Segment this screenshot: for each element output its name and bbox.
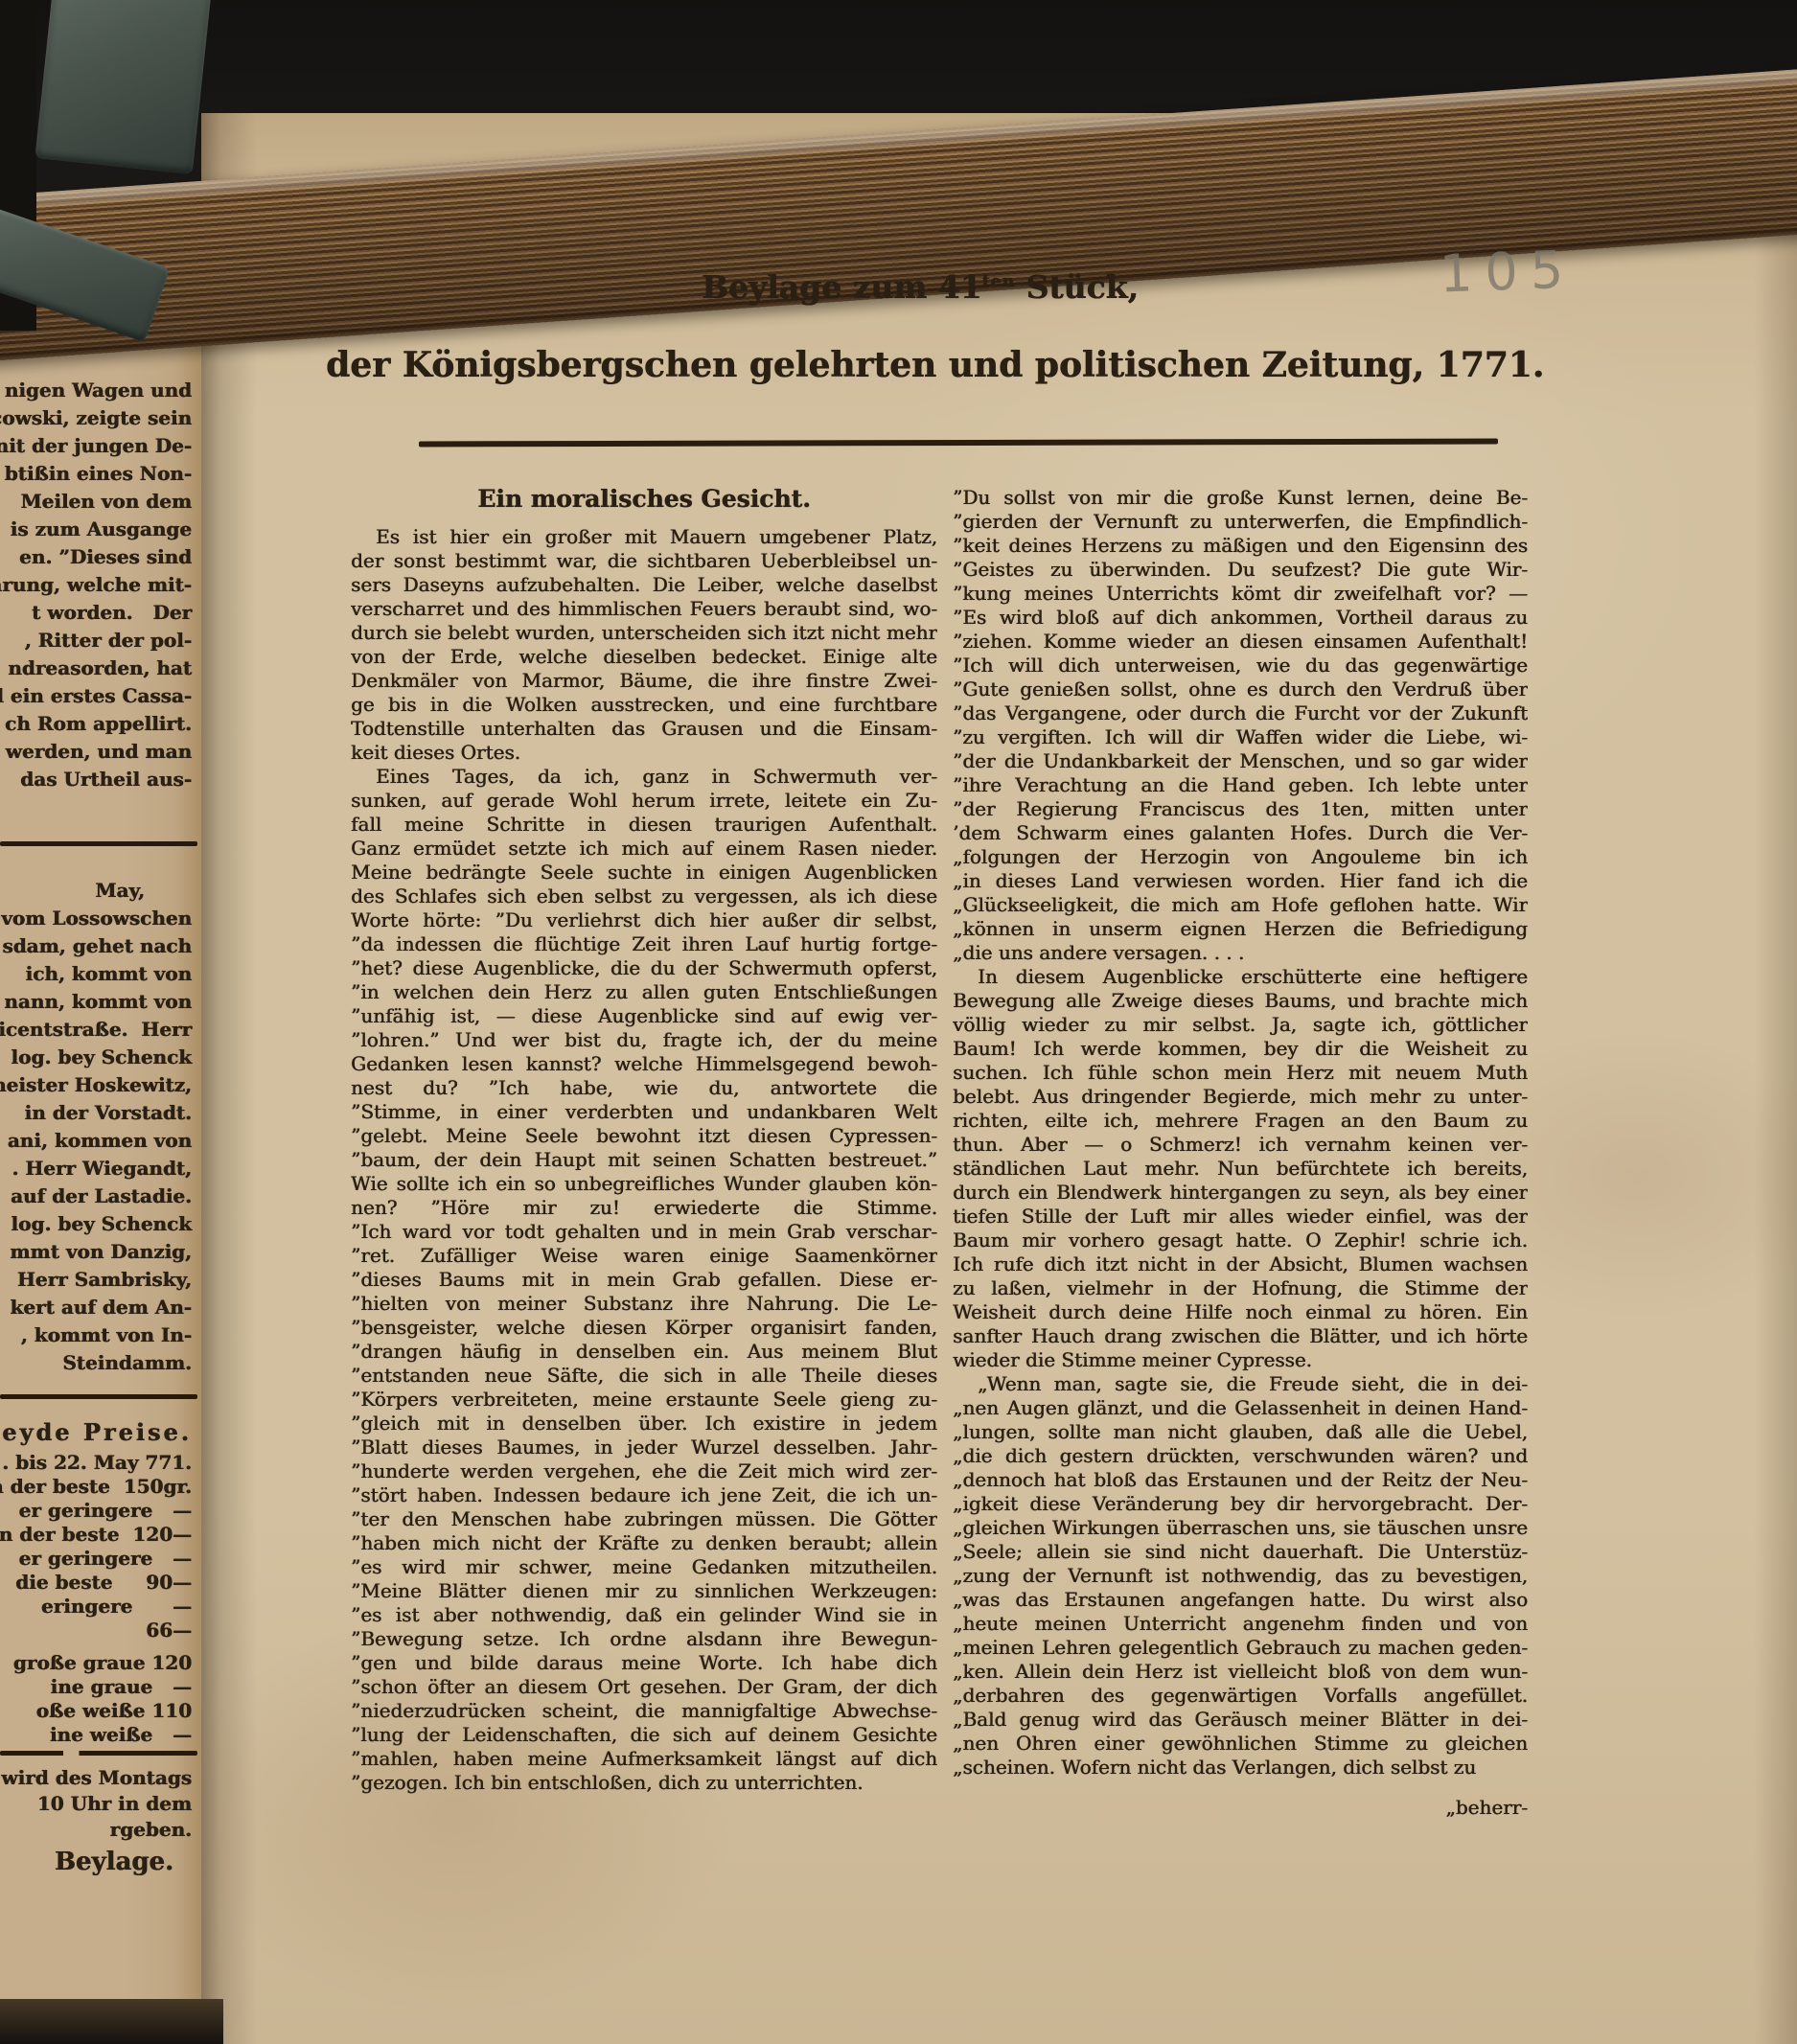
left-page-line: mmt von Danzig, [0,1238,197,1266]
text-line: ”kung meines Unterrichts kömt dir zweife… [953,582,1528,606]
left-page-line-text: nigen Wagen und [5,377,192,404]
text-line: „nen Augen glänzt, und die Gelassenheit … [953,1396,1528,1420]
left-page-line: log. bey Schenck [0,1210,197,1238]
left-page-line-text: nann, kommt von [4,988,192,1016]
text-line: ”Körpers verbreiteten, meine erstaunte S… [351,1388,937,1412]
left-page-line: icentstraße. Herr [0,1016,197,1044]
article-column-right: ”Du sollst von mir die große Kunst lerne… [953,486,1528,1780]
text-line: sers Daseyns aufzubehalten. Die Leiber, … [351,573,937,597]
text-line: Baum! Ich werde kommen, bey dir die Weis… [953,1037,1528,1061]
left-page-line-text: rgeben. [110,1817,192,1843]
text-line: Eines Tages, da ich, ganz in Schwermuth … [351,765,937,789]
left-page-line: vom Lossowschen [0,905,197,932]
left-page-line: ani, kommen von [0,1127,197,1155]
left-page-line-text: 10 Uhr in dem [37,1791,192,1817]
left-page-line-text: er geringere — [19,1547,192,1571]
text-line: ”in welchen dein Herz zu allen guten Ent… [351,980,937,1004]
text-line: ’dem Schwarm eines galanten Hofes. Durch… [953,821,1528,845]
left-page-line-text: werden, und man [6,738,192,766]
text-line: ”Du sollst von mir die große Kunst lerne… [953,486,1528,510]
text-line: „zung der Vernunft ist nothwendig, das z… [953,1564,1528,1588]
text-line: „Bald genug wird das Geräusch meiner Blä… [953,1708,1528,1732]
left-page-line: wird des Montags [0,1765,197,1791]
left-page-line-text: ch Rom appellirt. [5,710,192,738]
text-line: fall meine Schritte in diesen traurigen … [351,813,937,837]
left-page-line: May, [0,877,197,905]
left-page-line-text: das Urtheil aus- [20,766,192,793]
left-page-line-text: 66— [146,1619,192,1642]
text-line: „die uns andere versagen. . . . [953,941,1528,965]
text-line: sanfter Hauch drang zwischen die Blätter… [953,1324,1528,1348]
left-page-line-text: n der beste 120— [0,1523,192,1547]
text-line: ”keit deines Herzens zu mäßigen und den … [953,534,1528,558]
left-page-line: Steindamm. [0,1349,197,1377]
left-page-line: er geringere — [0,1499,197,1523]
text-line: ”ihre Verachtung an die Hand geben. Ich … [953,773,1528,797]
text-line: ”gen und bilde daraus meine Worte. Ich h… [351,1651,937,1675]
text-line: „heute meinen Unterricht angenehm finden… [953,1612,1528,1636]
left-page-line-text: große graue 120 [13,1651,192,1675]
left-page-line-text: sdam, gehet nach [2,932,192,960]
left-page-line-text: . bis 22. May 771. [2,1451,192,1475]
left-page-line: is zum Ausgange [0,516,197,543]
text-line: richten, eilte ich, mehrere Fragen an de… [953,1109,1528,1133]
text-line: zu laßen, vielmehr in der Hofnung, die S… [953,1276,1528,1300]
text-line: tiefen Stille der Luft mir alles wieder … [953,1205,1528,1229]
text-line: „Wenn man, sagte sie, die Freude sieht, … [953,1372,1528,1396]
left-page-line: nit der jungen De- [0,432,197,460]
left-page-line: hrung, welche mit- [0,571,197,599]
masthead-line1-text: Beylage zum 41 [702,268,982,306]
left-page-line-text: ani, kommen von [8,1127,192,1155]
article-column-left: Es ist hier ein großer mit Mauern umgebe… [351,525,937,1795]
left-page-line-text: eringere — [41,1595,192,1619]
text-line: „gleichen Wirkungen überraschen uns, sie… [953,1516,1528,1540]
text-line: völlig wieder zu mir selbst. Ja, sagte i… [953,1013,1528,1037]
left-page-line-text: neister Hoskewitz, [0,1071,192,1099]
left-page-line: n der beste 120— [0,1523,197,1547]
masthead-line1-tail: Stück, [1015,268,1139,306]
left-page-line: , Ritter der pol- [0,627,197,655]
text-line: ”stört haben. Indessen bedaure ich jene … [351,1483,937,1507]
binding-clamp [35,0,211,174]
left-page-line-text: en. ”Dieses sind [19,543,192,571]
text-line: ”es ist aber nothwendig, daß ein gelinde… [351,1603,937,1627]
text-line: thun. Aber — o Schmerz! ich vernahm kein… [953,1133,1528,1157]
left-page-line-text: n der beste 150gr. [0,1475,192,1499]
text-line: ”Es wird bloß auf dich ankommen, Vorthei… [953,606,1528,630]
text-line: ”hunderte werden vergehen, ehe die Zeit … [351,1459,937,1483]
text-line: „ken. Allein dein Herz ist vielleicht bl… [953,1660,1528,1684]
text-line: Weisheit durch deine Hilfe noch einmal z… [953,1300,1528,1324]
text-line: ”der Regierung Franciscus des 1ten, mitt… [953,797,1528,821]
left-page-line: große graue 120 [0,1651,197,1675]
left-page-line: neister Hoskewitz, [0,1071,197,1099]
left-page-line-text: l ein erstes Cassa- [0,682,192,710]
left-page-line-text: Herr Sambrisky, [17,1266,192,1294]
text-line: Gedanken lesen kannst? welche Himmelsgeg… [351,1052,937,1076]
left-page-line: n der beste 150gr. [0,1475,197,1499]
text-line: ”Stimme, in einer verderbten und undankb… [351,1100,937,1124]
text-line: „Seele; allein sie sind nicht dauerhaft.… [953,1540,1528,1564]
masthead-line1: Beylage zum 41ten Stück, [326,268,1514,306]
left-page-line-text: log. bey Schenck [11,1210,192,1238]
text-line: keit dieses Ortes. [351,741,937,765]
left-page-line: nigen Wagen und [0,377,197,404]
text-line: Denkmäler von Marmor, Bäume, die ihre fi… [351,669,937,693]
left-page-line: eringere — [0,1595,197,1619]
left-page-line-text: auf der Lastadie. [11,1183,192,1210]
text-line: ”bensgeister, welche diesen Körper organ… [351,1316,937,1340]
text-line: nen? ”Höre mir zu! erwiederte die Stimme… [351,1196,937,1220]
left-page-line-text: May, [95,877,145,905]
left-page-line-text: ine weiße — [50,1723,192,1747]
text-line: „Glückseeligkeit, die mich am Hofe geflo… [953,893,1528,917]
text-line: In diesem Augenblicke erschütterte eine … [953,965,1528,989]
left-page-line-text: log. bey Schenck [11,1044,192,1071]
left-page-line-text: cowski, zeigte sein [0,404,192,432]
left-page-line: cowski, zeigte sein [0,404,197,432]
left-page-line: 66— [0,1619,197,1642]
left-page-line-text: oße weiße 110 [36,1699,192,1723]
text-line: ”gierden der Vernunft zu unterwerfen, di… [953,510,1528,534]
text-line: belebt. Aus dringender Begierde, mich me… [953,1085,1528,1109]
left-page-line-text: ich, kommt von [26,960,192,988]
text-line: Baum mir vorhero gesagt hatte. O Zephir!… [953,1229,1528,1252]
text-line: sunken, auf gerade Wohl herum irrete, le… [351,789,937,813]
left-page-line-text: vom Lossowschen [1,905,192,932]
left-page-line-text: ine graue — [51,1675,192,1699]
left-page-line-text: eyde Preise. [2,1416,192,1451]
section-rule [0,841,197,846]
left-page-line: oße weiße 110 [0,1699,197,1723]
left-page-line: kert auf dem An- [0,1294,197,1321]
text-line: nest du? ”Ich habe, wie du, antwortete d… [351,1076,937,1100]
left-page-line: er geringere — [0,1547,197,1571]
left-page-line: eyde Preise. [0,1416,197,1451]
text-line: durch sie belebt wurden, unterscheiden s… [351,621,937,645]
text-line: „meinen Lehren gelegentlich Gebrauch zu … [953,1636,1528,1660]
text-line: durch ein Blendwerk hintergangen zu seyn… [953,1181,1528,1205]
left-page-line-text: mmt von Danzig, [10,1238,192,1266]
text-line: ”drangen häufig in denselben ein. Aus me… [351,1340,937,1364]
left-page-line: l ein erstes Cassa- [0,682,197,710]
text-line: „lungen, sollte man nicht glauben, daß a… [953,1420,1528,1444]
text-line: ”da indessen die flüchtige Zeit ihren La… [351,932,937,956]
text-line: „was das Erstaunen angefangen hatte. Du … [953,1588,1528,1612]
left-page-line: ndreasorden, hat [0,655,197,682]
left-page-line: werden, und man [0,738,197,766]
text-line: ”baum, der dein Haupt mit seinen Schatte… [351,1148,937,1172]
text-line: ständlichen Laut mehr. Nun befürchtete i… [953,1157,1528,1181]
left-page-line: rgeben. [0,1817,197,1843]
text-line: ”ziehen. Komme wieder an diesen einsamen… [953,630,1528,654]
left-page-line: ich, kommt von [0,960,197,988]
text-line: „igkeit diese Veränderung bey dir hervor… [953,1492,1528,1516]
text-line: „die dich gestern drückten, verschwunden… [953,1444,1528,1468]
text-line: des Schlafes sich eben selbst zu vergess… [351,884,937,908]
masthead-line2: der Königsbergschen gelehrten und politi… [326,345,1514,385]
text-line: „scheinen. Wofern nicht das Verlangen, d… [953,1756,1528,1780]
section-rule [0,1751,197,1756]
text-line: ”niederzudrücken scheint, die mannigfalt… [351,1699,937,1723]
book-scan: 105 Beylage zum 41ten Stück, der Königsb… [0,0,1797,2044]
text-line: suchen. Ich fühle schon mein Herz mit ne… [953,1061,1528,1085]
text-line: ”Gute genießen sollst, ohne es durch den… [953,678,1528,701]
left-page-bottom-edge [0,1999,223,2044]
text-line: ”unfähig ist, — diese Augenblicke sind a… [351,1004,937,1028]
text-line: ”lohren.” Und wer bist du, fragte ich, d… [351,1028,937,1052]
left-page-line-text: ndreasorden, hat [8,655,192,682]
text-line: Wie sollte ich ein so unbegreifliches Wu… [351,1172,937,1196]
text-line: ”Ich will dich unterweisen, wie du das g… [953,654,1528,678]
text-line: ”het? diese Augenblicke, die du der Schw… [351,956,937,980]
section-rule [0,1394,197,1399]
left-page-line: auf der Lastadie. [0,1183,197,1210]
text-line: ”mahlen, haben meine Aufmerksamkeit läng… [351,1747,937,1771]
text-line: ”dieses Baums mit in mein Grab gefallen.… [351,1268,937,1292]
left-page-text: nigen Wagen undcowski, zeigte seinnit de… [0,377,197,1881]
ink-showthrough [412,216,1371,264]
text-line: ”Meine Blätter dienen mir zu sinnlichen … [351,1579,937,1603]
left-page-line-text: er geringere — [19,1499,192,1523]
left-page-line: en. ”Dieses sind [0,543,197,571]
text-line: „dennoch hat bloß das Erstaunen und der … [953,1468,1528,1492]
left-page-line-text: is zum Ausgange [11,516,192,543]
text-line: ”das Vergangene, oder durch die Furcht v… [953,701,1528,725]
left-page-line: ine graue — [0,1675,197,1699]
left-page-line-text: t worden. Der [32,599,192,627]
left-page-line: Meilen von dem [0,488,197,516]
left-page-line-text: hrung, welche mit- [0,571,192,599]
text-line: Meine bedrängte Seele suchte in einigen … [351,861,937,884]
left-page-line: die beste 90— [0,1571,197,1595]
left-page-line-text: kert auf dem An- [10,1294,192,1321]
text-line: ”gleich mit in denselben über. Ich exist… [351,1412,937,1435]
text-line: der sonst bestimmt war, die sichtbaren U… [351,549,937,573]
text-line: ”Bewegung setze. Ich ordne alsdann ihre … [351,1627,937,1651]
text-line: „derbahren des gegenwärtigen Vorfalls an… [953,1684,1528,1708]
text-line: ge bis in die Wolken ausstrecken, und ei… [351,693,937,717]
text-line: ”Ich ward vor todt gehalten und in mein … [351,1220,937,1244]
left-page-line: ch Rom appellirt. [0,710,197,738]
text-line: ”hielten von meiner Substanz ihre Nahrun… [351,1292,937,1316]
left-page-line: Beylage. [0,1843,197,1881]
left-page-line: , kommt von In- [0,1321,197,1349]
left-page-line-text: nit der jungen De- [0,432,192,460]
text-line: „nen Ohren einer gewöhnlichen Stimme zu … [953,1732,1528,1756]
text-line: ”entstanden neue Säfte, die sich in alle… [351,1364,937,1388]
left-page-line: . Herr Wiegandt, [0,1155,197,1183]
left-page-line: t worden. Der [0,599,197,627]
left-page-line: das Urtheil aus- [0,766,197,793]
left-page-line-text: in der Vorstadt. [24,1099,192,1127]
left-page-line: btißin eines Non- [0,460,197,488]
left-page-line: sdam, gehet nach [0,932,197,960]
left-page-line-text: Meilen von dem [20,488,192,516]
text-line: ”gelebt. Meine Seele bewohnt itzt diesen… [351,1124,937,1148]
text-line: ”ret. Zufälliger Weise waren einige Saam… [351,1244,937,1268]
text-line: Todtenstille unterhalten das Grausen und… [351,717,937,741]
left-page-line: in der Vorstadt. [0,1099,197,1127]
left-page-line: ine weiße — [0,1723,197,1747]
text-line: Ganz ermüdet setzte ich mich auf einem R… [351,837,937,861]
masthead-ordinal-superscript: ten [982,272,1015,291]
left-page-line-text: die beste 90— [15,1571,192,1595]
text-line: ”lung der Leidenschaften, die sich auf d… [351,1723,937,1747]
left-page-line-text: , Ritter der pol- [25,627,192,655]
text-line: ”der die Undankbarkeit der Menschen, und… [953,749,1528,773]
text-line: Ich rufe dich itzt nicht in der Absicht,… [953,1252,1528,1276]
left-page-line-text: Beylage. [55,1843,173,1881]
left-page-line: log. bey Schenck [0,1044,197,1071]
text-line: ”zu vergiften. Ich will dir Waffen wider… [953,725,1528,749]
text-line: von der Erde, welche dieselben bedecket.… [351,645,937,669]
text-line: verscharret und des himmlischen Feuers b… [351,597,937,621]
text-line: ”es wird mir schwer, meine Gedanken mitz… [351,1555,937,1579]
text-line: wieder die Stimme meiner Cypresse. [953,1348,1528,1372]
left-page-line: Herr Sambrisky, [0,1266,197,1294]
text-line: „in dieses Land verwiesen worden. Hier f… [953,869,1528,893]
catchword: „beherr- [953,1796,1528,1819]
text-line: ”schon öfter an diesem Ort gesehen. Der … [351,1675,937,1699]
text-line: ”gezogen. Ich bin entschloßen, dich zu u… [351,1771,937,1795]
left-page-line-text: Steindamm. [62,1349,192,1377]
text-line: „folgungen der Herzogin von Angouleme bi… [953,845,1528,869]
left-page-line-text: wird des Montags [1,1765,192,1791]
text-line: Es ist hier ein großer mit Mauern umgebe… [351,525,937,549]
left-page-line: . bis 22. May 771. [0,1451,197,1475]
left-page-line-text: btißin eines Non- [5,460,192,488]
left-page-line-text: icentstraße. Herr [0,1016,192,1044]
text-line: ”haben mich nicht der Kräfte zu denken b… [351,1531,937,1555]
left-page-line: nann, kommt von [0,988,197,1016]
left-page-line: 10 Uhr in dem [0,1791,197,1817]
text-line: Bewegung alle Zweige dieses Baums, und b… [953,989,1528,1013]
text-line: ”ter den Menschen habe zubringen müssen.… [351,1507,937,1531]
text-line: „können in unserm eignen Herzen die Befr… [953,917,1528,941]
text-line: ”Blatt dieses Baumes, in jeder Wurzel de… [351,1435,937,1459]
text-line: Worte hörte: ”Du verliehrst dich hier au… [351,908,937,932]
article-title: Ein moralisches Gesicht. [351,485,937,513]
left-page-line-text: , kommt von In- [21,1321,192,1349]
text-line: ”Geistes zu überwinden. Du seufzest? Die… [953,558,1528,582]
left-page-line-text: . Herr Wiegandt, [12,1155,192,1183]
